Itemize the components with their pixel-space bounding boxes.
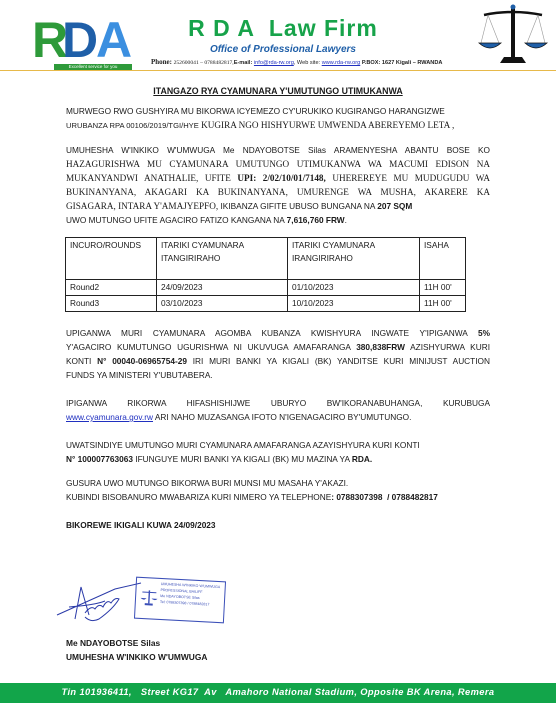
table-row: Round3 03/10/2023 10/10/2023 11H 00' bbox=[66, 296, 466, 312]
para1-line3-a: MUKANYANDWI ANATHALIE, UFITE bbox=[66, 173, 237, 183]
deposit-line2: Y'AGACIRO KUMUTUNGO UGURISHWA NI UKUVUGA… bbox=[66, 340, 490, 354]
plot-area: 207 SQM bbox=[377, 201, 412, 211]
time-cell: 11H 00' bbox=[420, 280, 466, 296]
winner-line2-rest: IFUNGUYE MURI BANKI YA KIGALI (BK) MU MA… bbox=[133, 454, 352, 464]
letterhead: R D A Excellent service for you R D A La… bbox=[0, 0, 556, 78]
table-header-cell: INCURO/ROUNDS bbox=[66, 238, 157, 280]
deposit-paragraph: UPIGANWA MURI CYAMUNARA AGOMBA KUBANZA K… bbox=[66, 326, 490, 382]
auction-rounds-table: INCURO/ROUNDS ITARIKI CYAMUNARA ITANGIRI… bbox=[65, 237, 466, 312]
stamp-scales-icon bbox=[140, 588, 159, 607]
deposit-line2-b: AZISHYURWA KURI bbox=[405, 342, 490, 352]
signer-block: Me NDAYOBOTSE Silas UMUHESHA W'INKIKO W'… bbox=[66, 636, 207, 664]
para1-line1: UMUHESHA W'INKIKO W'UMWUGA Me NDAYOBOTSE… bbox=[66, 143, 490, 157]
upi-number: UPI: 2/02/10/01/7148, bbox=[237, 173, 325, 183]
para1-line2: HAZAGURISHWA MU CYAMUNARA UMUTUNGO UTIMU… bbox=[66, 157, 490, 171]
visit-info: GUSURA UWO MUTUNGO BIKORWA BURI MUNSI MU… bbox=[66, 476, 490, 490]
winner-account: N° 100007763063 bbox=[66, 454, 133, 464]
para1-line6-b: . bbox=[345, 215, 347, 225]
contact-info-text: KUBINDI BISOBANURO MWABARIZA KURI NIMERO… bbox=[66, 492, 331, 502]
notice-body: ITANGAZO RYA CYAMUNARA Y'UMUTUNGO UTIMUK… bbox=[66, 80, 490, 532]
place-and-date: BIKOREWE IKIGALI KUWA 24/09/2023 bbox=[66, 518, 490, 532]
deposit-line1: UPIGANWA MURI CYAMUNARA AGOMBA KUBANZA K… bbox=[66, 326, 490, 340]
header-divider bbox=[0, 70, 556, 71]
winner-line1: UWATSINDIYE UMUTUNGO MURI CYAMUNARA AMAF… bbox=[66, 438, 490, 452]
firm-name: R D A Law Firm bbox=[0, 15, 556, 42]
deposit-line3: KONTI N° 00040-06965754-29 IRI MURI BANK… bbox=[66, 354, 490, 368]
para1-line6-a: UWO MUTUNGO UFITE AGACIRO FATIZO KANGANA… bbox=[66, 215, 287, 225]
online-line2-rest: ARI NAHO MUZASANGA IFOTO N'IGENAGACIRO B… bbox=[153, 412, 411, 422]
firm-subtitle: Office of Professional Lawyers bbox=[0, 44, 556, 55]
deposit-line1-a: UPIGANWA MURI CYAMUNARA AGOMBA KUBANZA K… bbox=[66, 328, 478, 338]
signer-title: UMUHESHA W'INKIKO W'UMWUGA bbox=[66, 650, 207, 664]
footer-address: Tin 101936411, Street KG17 Av Amahoro Na… bbox=[62, 687, 495, 697]
deposit-line3-a: KONTI bbox=[66, 356, 97, 366]
para1-line3: MUKANYANDWI ANATHALIE, UFITE UPI: 2/02/1… bbox=[66, 171, 490, 185]
round-cell: Round3 bbox=[66, 296, 157, 312]
para1-line4: BUKINANYANA, AKAGARI KA BUKINANYANA, UMU… bbox=[66, 185, 490, 199]
phone-label: Phone: bbox=[151, 58, 172, 66]
email-link[interactable]: info@rda-rw.org bbox=[254, 60, 294, 66]
beneficiary: RDA. bbox=[352, 454, 372, 464]
property-paragraph: UMUHESHA W'INKIKO W'UMWUGA Me NDAYOBOTSE… bbox=[66, 143, 490, 227]
para1-line3-b: UHEREREYE MU MUDUGUDU WA bbox=[326, 173, 490, 183]
contact-phones: : 0788307398 / 0788482817 bbox=[331, 492, 438, 502]
deposit-percent: 5% bbox=[478, 328, 490, 338]
online-line1: IPIGANWA RIKORWA HIFASHISHIJWE UBURYO BW… bbox=[66, 396, 490, 410]
phone-numbers: 252600041 – 0788482817, bbox=[174, 60, 234, 66]
winner-paragraph: UWATSINDIYE UMUTUNGO MURI CYAMUNARA AMAF… bbox=[66, 438, 490, 466]
scales-of-justice-icon bbox=[478, 3, 548, 65]
end-date-cell: 10/10/2023 bbox=[288, 296, 420, 312]
contact-info: KUBINDI BISOBANURO MWABARIZA KURI NIMERO… bbox=[66, 490, 490, 504]
table-header-cell: ITARIKI CYAMUNARA ITANGIRIRAHO bbox=[157, 238, 288, 280]
para1-line5-b: IKIBANZA GIFITE UBUSO BUNGANA NA bbox=[218, 201, 377, 211]
signature-area: UMUHESHA W'INKIKO W'UMWUGA PROFESSIONAL … bbox=[55, 575, 255, 630]
property-value: 7,616,760 FRW bbox=[287, 215, 345, 225]
time-cell: 11H 00' bbox=[420, 296, 466, 312]
case-number: URUBANZA RPA 00106/2019/TGI/HYE bbox=[66, 121, 199, 130]
online-line2: www.cyamunara.gov.rw ARI NAHO MUZASANGA … bbox=[66, 410, 490, 424]
contact-line: Phone: 252600041 – 0788482817,E-mail: in… bbox=[151, 58, 442, 66]
footer-bar: Tin 101936411, Street KG17 Av Amahoro Na… bbox=[0, 683, 556, 703]
table-header-row: INCURO/ROUNDS ITARIKI CYAMUNARA ITANGIRI… bbox=[66, 238, 466, 280]
para1-line6: UWO MUTUNGO UFITE AGACIRO FATIZO KANGANA… bbox=[66, 213, 490, 227]
deposit-amount: 380,838FRW bbox=[356, 342, 405, 352]
table-row: Round2 24/09/2023 01/10/2023 11H 00' bbox=[66, 280, 466, 296]
email-label: E-mail: bbox=[234, 60, 253, 66]
deposit-line3-b: IRI MURI BANKI YA KIGALI (BK) YANDITSE K… bbox=[187, 356, 490, 366]
auction-website-link[interactable]: www.cyamunara.gov.rw bbox=[66, 412, 153, 422]
deposit-line2-a: Y'AGACIRO KUMUTUNGO UGURISHWA NI UKUVUGA… bbox=[66, 342, 356, 352]
online-paragraph: IPIGANWA RIKORWA HIFASHISHIJWE UBURYO BW… bbox=[66, 396, 490, 424]
website-link[interactable]: www.rda-rw.org bbox=[322, 60, 361, 66]
notice-title: ITANGAZO RYA CYAMUNARA Y'UMUTUNGO UTIMUK… bbox=[66, 84, 490, 98]
intro-line-2: URUBANZA RPA 00106/2019/TGI/HYE KUGIRA N… bbox=[66, 118, 490, 133]
handwritten-signature bbox=[55, 575, 145, 625]
deposit-account: N° 00040-06965754-29 bbox=[97, 356, 187, 366]
end-date-cell: 01/10/2023 bbox=[288, 280, 420, 296]
para1-line5-a: GISAGARA, INTARA Y'AMAJYEPFO, bbox=[66, 201, 218, 211]
deposit-line4: FUNDS YA MINISTERI Y'UBUTABERA. bbox=[66, 368, 490, 382]
start-date-cell: 24/09/2023 bbox=[157, 280, 288, 296]
signer-name: Me NDAYOBOTSE Silas bbox=[66, 636, 207, 650]
table-header-cell: ISAHA bbox=[420, 238, 466, 280]
start-date-cell: 03/10/2023 bbox=[157, 296, 288, 312]
para1-line5: GISAGARA, INTARA Y'AMAJYEPFO, IKIBANZA G… bbox=[66, 199, 490, 213]
intro-line-2-rest: KUGIRA NGO HISHYURWE UMWENDA ABEREYEMO L… bbox=[201, 120, 454, 130]
bailiff-stamp: UMUHESHA W'INKIKO W'UMWUGA PROFESSIONAL … bbox=[134, 577, 226, 624]
pobox: P.BOX: 1627 Kigali – RWANDA bbox=[362, 60, 443, 66]
winner-line2: N° 100007763063 IFUNGUYE MURI BANKI YA K… bbox=[66, 452, 490, 466]
round-cell: Round2 bbox=[66, 280, 157, 296]
website-label: Web site: bbox=[297, 60, 320, 66]
intro-line-1: MURWEGO RWO GUSHYIRA MU BIKORWA ICYEMEZO… bbox=[66, 104, 490, 118]
table-header-cell: ITARIKI CYAMUNARA IRANGIRIRAHO bbox=[288, 238, 420, 280]
